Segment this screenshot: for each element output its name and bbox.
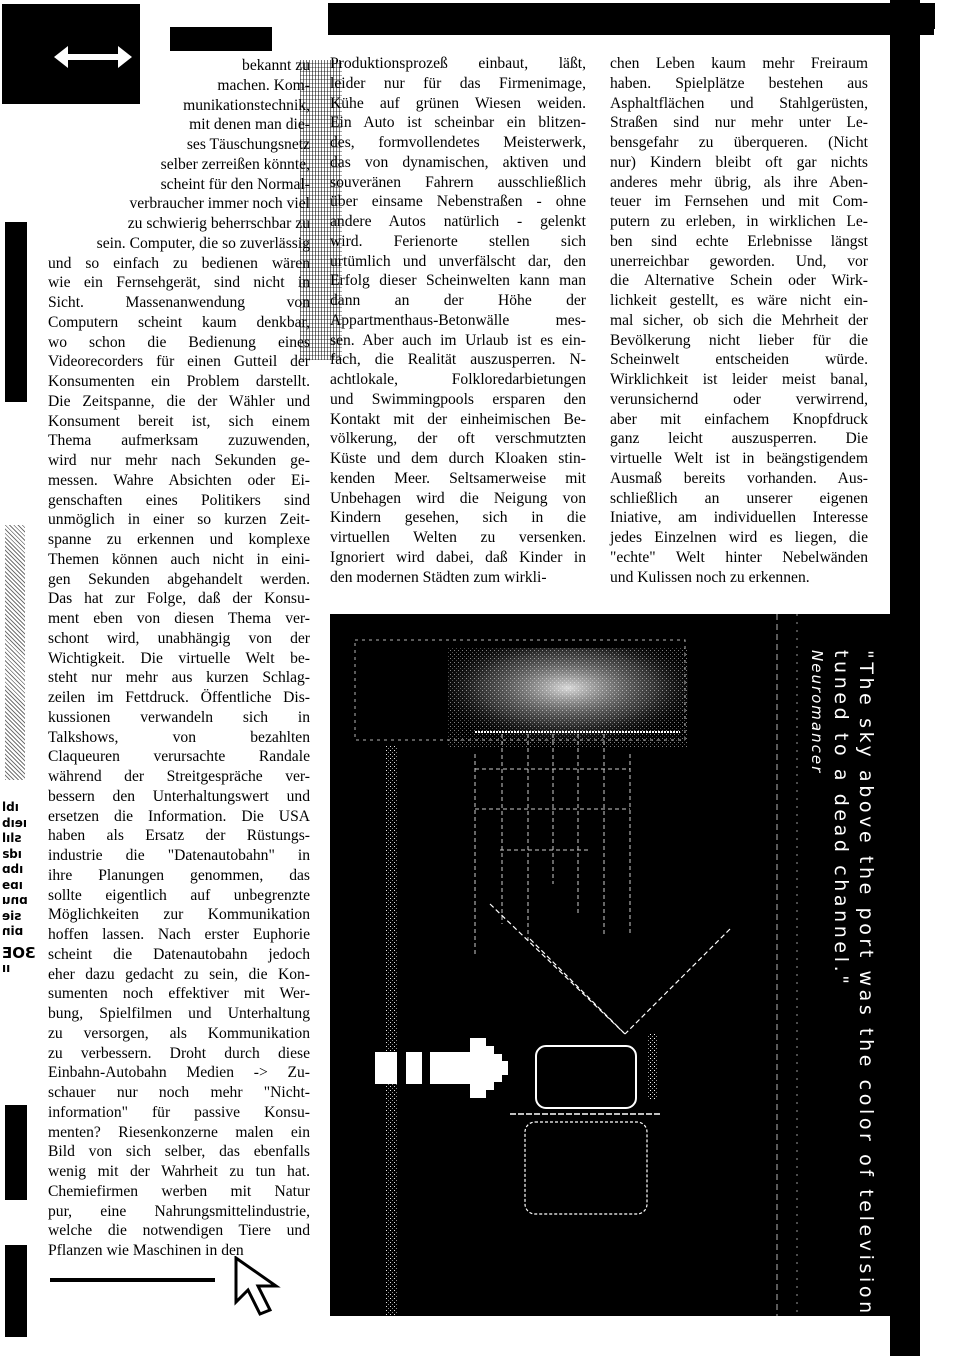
- margin-fragment: ıı: [2, 961, 42, 977]
- quote-line-1: "The sky above the port was the color of…: [853, 650, 878, 1317]
- text-line: wird nur mehr nach Sekunden ge-: [48, 451, 310, 471]
- text-line: Iniative, am individuellen Interesse: [610, 508, 868, 528]
- text-line: ben sind echte Erlebnisse längst: [610, 232, 868, 252]
- margin-fragment: sie: [2, 909, 42, 925]
- margin-tab: [5, 1105, 27, 1200]
- text-line: Themen können auch nicht in eini-: [48, 550, 310, 570]
- text-line: Wichtigkeit. Die virtuelle Welt be-: [48, 649, 310, 669]
- text-line: zu versorgen, als Kommunikation: [48, 1024, 310, 1044]
- text-line: scheint für den Normal-: [48, 175, 310, 195]
- text-line: Ausmaß bereits vorhanden. Aus-: [610, 469, 868, 489]
- text-line: lichkeit gestellt, es wäre nicht ein-: [610, 291, 868, 311]
- text-line: Küste und dem durch Kloaken stin-: [330, 449, 586, 469]
- margin-fragment: ıbɒ: [2, 862, 42, 878]
- margin-fragment: ıdƨ: [2, 847, 42, 863]
- text-line: kenden Meer. Seltsamerweise mit: [330, 469, 586, 489]
- text-line: Talkshows, von bezahlten: [48, 728, 310, 748]
- text-line: Straßen sind nur mehr unter Le-: [610, 113, 868, 133]
- text-line: information" für passive Konsu-: [48, 1103, 310, 1123]
- text-line: dann an der Höhe der: [330, 291, 586, 311]
- attribution-text: Neuromancer: [808, 650, 826, 774]
- column-1-body: und so einfach zu bedienen wärenwie ein …: [48, 254, 310, 1261]
- text-line: über einsame Nebenstraßen - ohne: [330, 192, 586, 212]
- text-line: virtuelle Welt ist in beängstigendem: [610, 449, 868, 469]
- text-line: ihre Planungen genommen, das: [48, 866, 310, 886]
- margin-fragment: ɒnu: [2, 893, 42, 909]
- text-line: unerreichbar geworden. Und, vor: [610, 252, 868, 272]
- text-line: Sicht. Massenanwendung von: [48, 293, 310, 313]
- text-line: sumenten noch effektiver mit Wer-: [48, 984, 310, 1004]
- text-line: Die Zeitspanne, die der Wähler und: [48, 392, 310, 412]
- text-line: zeilen im Fettdruck. Öffentliche Dis-: [48, 688, 310, 708]
- text-line: mit denen man die-: [48, 115, 310, 135]
- text-line: Ignoriert wird dabei, daß Kinder in: [330, 548, 586, 568]
- text-line: ganz leicht auszusperren. Die: [610, 429, 868, 449]
- text-line: industrie die "Datenautobahn" in: [48, 846, 310, 866]
- text-line: und Kulissen noch zu erkennen.: [610, 568, 868, 588]
- text-line: wo schon die Bedienung eines: [48, 333, 310, 353]
- text-line: Bevölkerung nicht lieber für die: [610, 331, 868, 351]
- text-line: das von dynamischen, aktiven und: [330, 153, 586, 173]
- text-line: mal sicher, ob sich die Mehrheit der: [610, 311, 868, 331]
- text-line: Konsumenten ein Problem darstellt.: [48, 372, 310, 392]
- text-line: chen Leben kaum mehr Freiraum: [610, 54, 868, 74]
- column-2-body: Produktionsprozeß einbaut, läßt,leider n…: [330, 54, 586, 587]
- text-line: und so einfach zu bedienen wären: [48, 254, 310, 274]
- text-line: urtümlich und unverfälscht dar, den: [330, 252, 586, 272]
- scan-noise: [300, 60, 342, 360]
- text-line: Bild von sich selber, das ebenfalls: [48, 1142, 310, 1162]
- text-line: Kühe auf grünen Wiesen weiden.: [330, 94, 586, 114]
- quote-line-2: tuned to a dead channel.": [828, 650, 853, 1317]
- text-line: Einbahn-Autobahn Medien -> Zu-: [48, 1063, 310, 1083]
- text-line: verunsichernd oder verwirrend,: [610, 390, 868, 410]
- margin-fragment: ıeıb: [2, 816, 42, 832]
- text-line: Claqueuren verursachte Randale: [48, 747, 310, 767]
- text-line: anderes mehr übrig, als ihre Aben-: [610, 173, 868, 193]
- text-line: Erfolg dieser Scheinwelten kann man: [330, 271, 586, 291]
- text-line: Das hat zur Folge, daß der Konsu-: [48, 589, 310, 609]
- text-line: gen Sekunden abgehandelt werden.: [48, 570, 310, 590]
- quote-attribution: Neuromancer: [800, 650, 830, 850]
- margin-tab: [5, 1245, 27, 1337]
- margin-fragment: ıbl: [2, 800, 42, 816]
- text-line: des, formvollendetes Meisterwerk,: [330, 133, 586, 153]
- text-line: schließlich an unserer eigenen: [610, 489, 868, 509]
- text-line: völkerung, der oft verschmutzten: [330, 429, 586, 449]
- text-line: zu verbessern. Droht durch diese: [48, 1044, 310, 1064]
- text-line: ersetzen die Information. Die USA: [48, 807, 310, 827]
- text-line: unmöglich in einer so kurzen Zeit-: [48, 510, 310, 530]
- text-line: hoffen lassen. Nach erster Euphorie: [48, 925, 310, 945]
- text-line: ment eben von diesen Thema ver-: [48, 609, 310, 629]
- text-line: pur, eine Nahrungsmittelindustrie,: [48, 1202, 310, 1222]
- text-line: Thema aufmerksam zuzuwenden,: [48, 431, 310, 451]
- text-line: den modernen Städten zum wirkli-: [330, 568, 586, 588]
- text-line: bekannt zu: [48, 56, 310, 76]
- text-line: Appartmenthaus-Betonwälle mes-: [330, 311, 586, 331]
- text-line: aber mit einfachem Knopfdruck: [610, 410, 868, 430]
- header-bar-small: [170, 27, 272, 51]
- mirrored-margin-fragments: ıbl ıeıb slıl ıdƨ ıbɒ ıɒɘ ɒnu sie ɒin ЗО…: [2, 800, 42, 977]
- text-line: wie ein Fernsehgerät, sind nicht in: [48, 273, 310, 293]
- text-line: "echte" Welt hinter Nebelwänden: [610, 548, 868, 568]
- text-line: schont wird, unabhängig von der: [48, 629, 310, 649]
- text-line: selber zerreißen könnte,: [48, 155, 310, 175]
- text-line: jedes Einzelnen wird es liegen, die: [610, 528, 868, 548]
- text-line: Produktionsprozeß einbaut, läßt,: [330, 54, 586, 74]
- right-edge-strip: [890, 0, 920, 1356]
- text-line: während der Streitgespräche ver-: [48, 767, 310, 787]
- text-line: menten? Riesenkonzerne malen ein: [48, 1123, 310, 1143]
- text-line: bessern den Unterhaltungswert und: [48, 787, 310, 807]
- text-line: eher dazu gedacht zu sein, die Kon-: [48, 965, 310, 985]
- text-line: Videorecorders für einen Gutteil der: [48, 352, 310, 372]
- text-line: teuer im Fernsehen und mit Com-: [610, 192, 868, 212]
- text-line: sollte eigentlich auf unbegrenzte: [48, 886, 310, 906]
- text-line: Wirklichkeit ist leider meist banal,: [610, 370, 868, 390]
- text-line: haben. Spielplätze bestehen aus: [610, 74, 868, 94]
- text-line: welche die notwendigen Tiere und: [48, 1221, 310, 1241]
- text-line: spanne zu erkennen und komplexe: [48, 530, 310, 550]
- text-line: machen. Kom-: [48, 76, 310, 96]
- text-line: Möglichkeiten zur Kommunikation: [48, 905, 310, 925]
- text-line: sen. Aber auch im Urlaub ist es ein-: [330, 331, 586, 351]
- text-line: genschaften eines Politikers sind: [48, 491, 310, 511]
- text-line: Asphaltflächen und Stahlgerüsten,: [610, 94, 868, 114]
- text-line: bensgefahr zu überqueren. (Nicht: [610, 133, 868, 153]
- text-line: leider nur für das Firmenimage,: [330, 74, 586, 94]
- margin-noise: [5, 525, 25, 780]
- text-line: verbraucher immer noch viel: [48, 194, 310, 214]
- text-line: virtuellen Welten zu versenken.: [330, 528, 586, 548]
- margin-fragment: ıɒɘ: [2, 878, 42, 894]
- text-line: Kontakt mit der einheimischen Be-: [330, 410, 586, 430]
- text-line: nur) Kindern bleibt oft gar nichts: [610, 153, 868, 173]
- text-line: wenig mit der Wahrheit zu tun hat.: [48, 1162, 310, 1182]
- text-line: Unbehagen wird die Neigung von: [330, 489, 586, 509]
- text-line: kussionen verwandeln sich in: [48, 708, 310, 728]
- text-line: putern zu erleben, in wirklichen Le-: [610, 212, 868, 232]
- text-line: schauer nur noch mehr "Nicht-: [48, 1083, 310, 1103]
- text-line: Chemiefirmen werben mit Natur: [48, 1182, 310, 1202]
- text-line: sein. Computer, die so zuverlässig: [48, 234, 310, 254]
- margin-fragment: ЗОЕ: [2, 946, 42, 962]
- text-line: die Alternative Schein oder Wirk-: [610, 271, 868, 291]
- text-line: scheint die Datenautobahn jedoch: [48, 945, 310, 965]
- text-line: Computern scheint kaum denkbar,: [48, 313, 310, 333]
- text-line: zu schwierig beherrschbar zu: [48, 214, 310, 234]
- text-line: fach, die Realität auszusperren. N-: [330, 350, 586, 370]
- margin-fragment: ɒin: [2, 924, 42, 940]
- text-line: Ein Auto ist scheinbar ein blitzen-: [330, 113, 586, 133]
- text-line: haben als Ersatz der Rüstungs-: [48, 826, 310, 846]
- column-1-intro: bekannt zumachen. Kom-munikationstechnik…: [48, 56, 310, 254]
- text-line: Konsument bereit ist, sich einem: [48, 412, 310, 432]
- text-line: souveränen Fahrern ausschließlich: [330, 173, 586, 193]
- mouse-pointer-icon: [234, 1256, 296, 1318]
- text-line: Kindern gesehen, sich in die: [330, 508, 586, 528]
- text-line: achtlokale, Folkloredarbietungen: [330, 370, 586, 390]
- text-line: messen. Wahre Absichten oder Ei-: [48, 471, 310, 491]
- text-line: Scheinwelt entscheiden würde.: [610, 350, 868, 370]
- pull-quote: "The sky above the port was the color of…: [838, 650, 878, 1290]
- text-line: bung, Spielfilmen und Unterhaltung: [48, 1004, 310, 1024]
- quote-text: "The sky above the port was the color of…: [828, 650, 878, 1317]
- column-3-body: chen Leben kaum mehr Freiraumhaben. Spie…: [610, 54, 868, 587]
- text-line: andere Autos natürlich - gelenkt: [330, 212, 586, 232]
- margin-fragment: slıl: [2, 831, 42, 847]
- header-bar: [328, 3, 934, 35]
- text-line: und Swimmingpools ersparen den: [330, 390, 586, 410]
- text-line: munikationstechnik,: [48, 96, 310, 116]
- text-line: wird. Ferienorte stellen sich: [330, 232, 586, 252]
- end-rule: [50, 1278, 215, 1282]
- margin-tab: [5, 222, 27, 402]
- text-line: steht nur mehr aus kurzen Schlag-: [48, 668, 310, 688]
- text-line: ses Täuschungsnetz: [48, 135, 310, 155]
